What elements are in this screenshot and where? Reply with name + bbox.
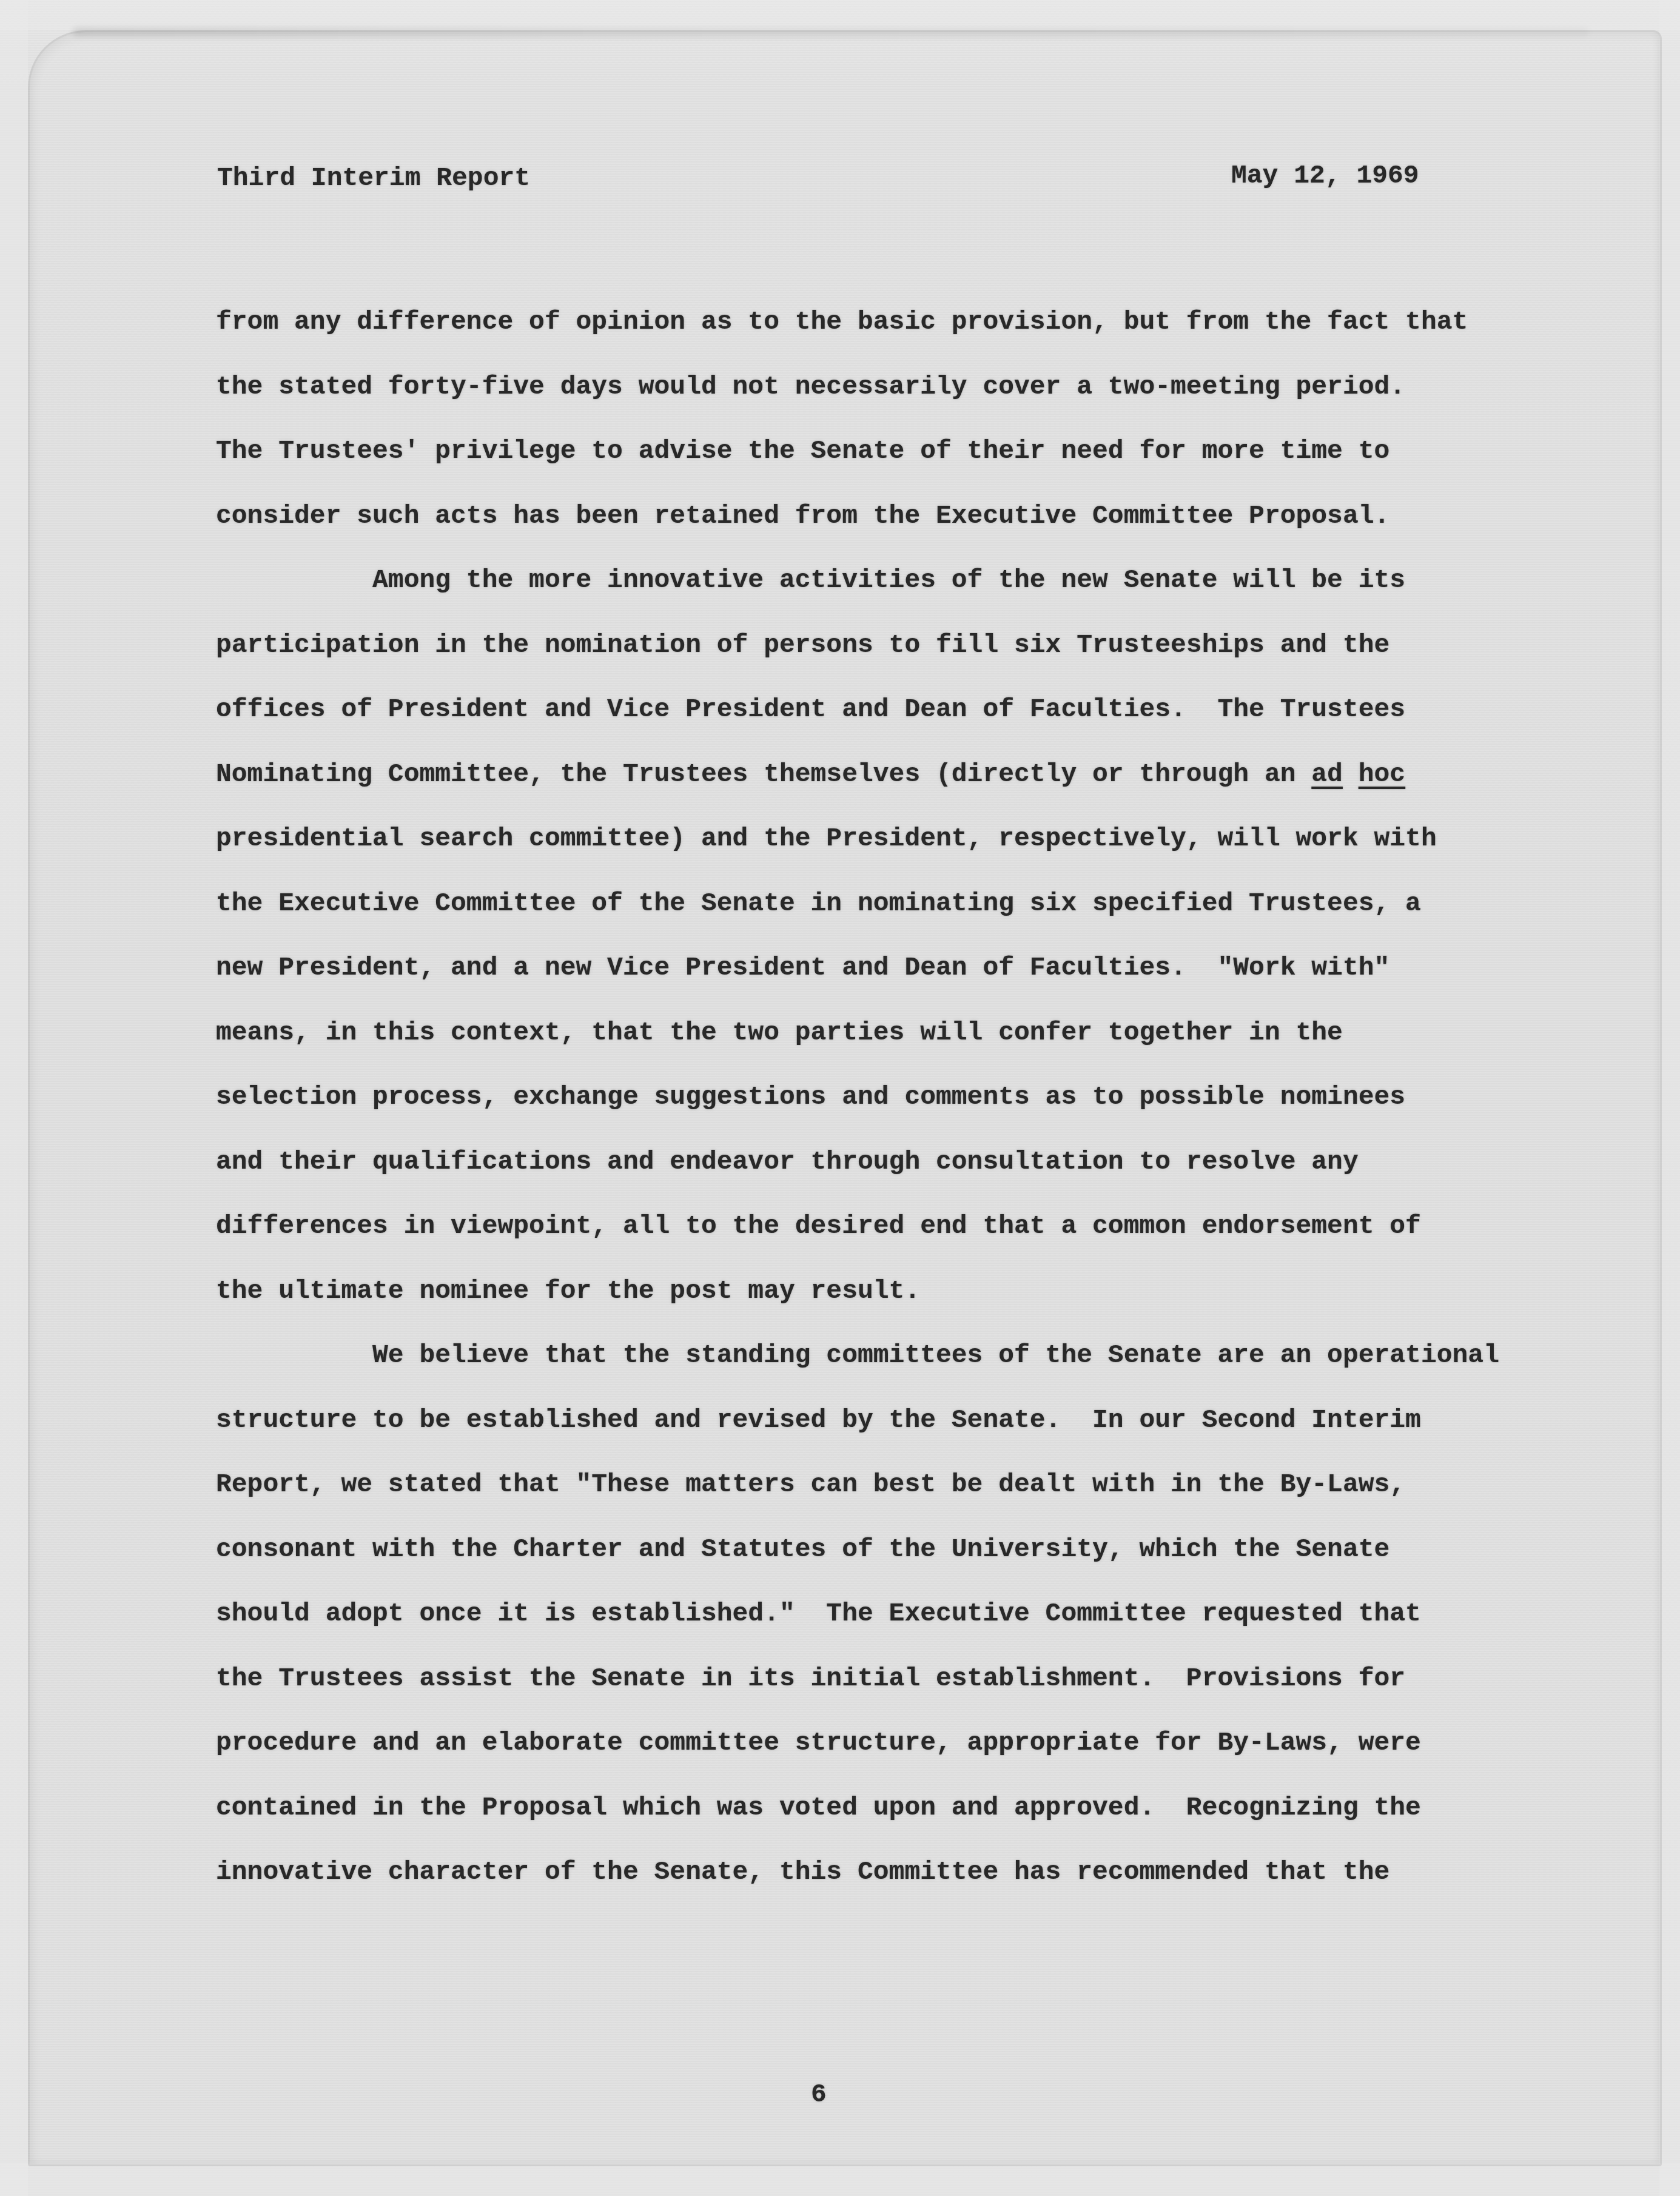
scan-margin-left — [0, 0, 28, 2196]
scanned-document-page: Third Interim Report May 12, 1969 from a… — [0, 0, 1680, 2196]
text-line: consonant with the Charter and Statutes … — [216, 1517, 1499, 1582]
text-line: procedure and an elaborate committee str… — [216, 1711, 1499, 1776]
text-line: selection process, exchange suggestions … — [216, 1065, 1499, 1130]
page-number: 6 — [785, 2081, 852, 2107]
text-line: The Trustees' privilege to advise the Se… — [216, 419, 1499, 484]
document-date: May 12, 1969 — [1231, 163, 1419, 189]
text-segment — [1343, 759, 1359, 789]
text-line: differences in viewpoint, all to the des… — [216, 1194, 1499, 1259]
text-line: We believe that the standing committees … — [216, 1323, 1499, 1388]
text-line: Report, we stated that "These matters ca… — [216, 1452, 1499, 1517]
scan-margin-right — [1659, 0, 1680, 2196]
text-line: presidential search committee) and the P… — [216, 807, 1499, 871]
text-line: the ultimate nominee for the post may re… — [216, 1259, 1499, 1324]
text-line: new President, and a new Vice President … — [216, 936, 1499, 1001]
text-line: offices of President and Vice President … — [216, 677, 1499, 742]
scan-margin-bottom — [0, 2163, 1680, 2196]
text-line: from any difference of opinion as to the… — [216, 290, 1499, 355]
text-line: Nominating Committee, the Trustees thems… — [216, 742, 1499, 807]
text-line: means, in this context, that the two par… — [216, 1001, 1499, 1066]
document-title: Third Interim Report — [217, 165, 530, 191]
text-line: participation in the nomination of perso… — [216, 613, 1499, 678]
text-segment: Nominating Committee, the Trustees thems… — [216, 759, 1311, 789]
text-line: consider such acts has been retained fro… — [216, 484, 1499, 549]
underlined-word: ad — [1311, 759, 1343, 789]
text-line: innovative character of the Senate, this… — [216, 1840, 1499, 1905]
paper-top-fold-shadow — [73, 28, 1589, 36]
underlined-word: hoc — [1359, 759, 1405, 789]
text-line: contained in the Proposal which was vote… — [216, 1776, 1499, 1841]
text-line: and their qualifications and endeavor th… — [216, 1130, 1499, 1195]
text-line: the stated forty-five days would not nec… — [216, 355, 1499, 420]
document-body: from any difference of opinion as to the… — [216, 290, 1499, 1905]
text-line: structure to be established and revised … — [216, 1388, 1499, 1453]
text-line: Among the more innovative activities of … — [216, 548, 1499, 613]
scan-margin-top — [0, 0, 1680, 30]
text-line: should adopt once it is established." Th… — [216, 1582, 1499, 1647]
text-line: the Trustees assist the Senate in its in… — [216, 1647, 1499, 1711]
text-line: the Executive Committee of the Senate in… — [216, 871, 1499, 936]
